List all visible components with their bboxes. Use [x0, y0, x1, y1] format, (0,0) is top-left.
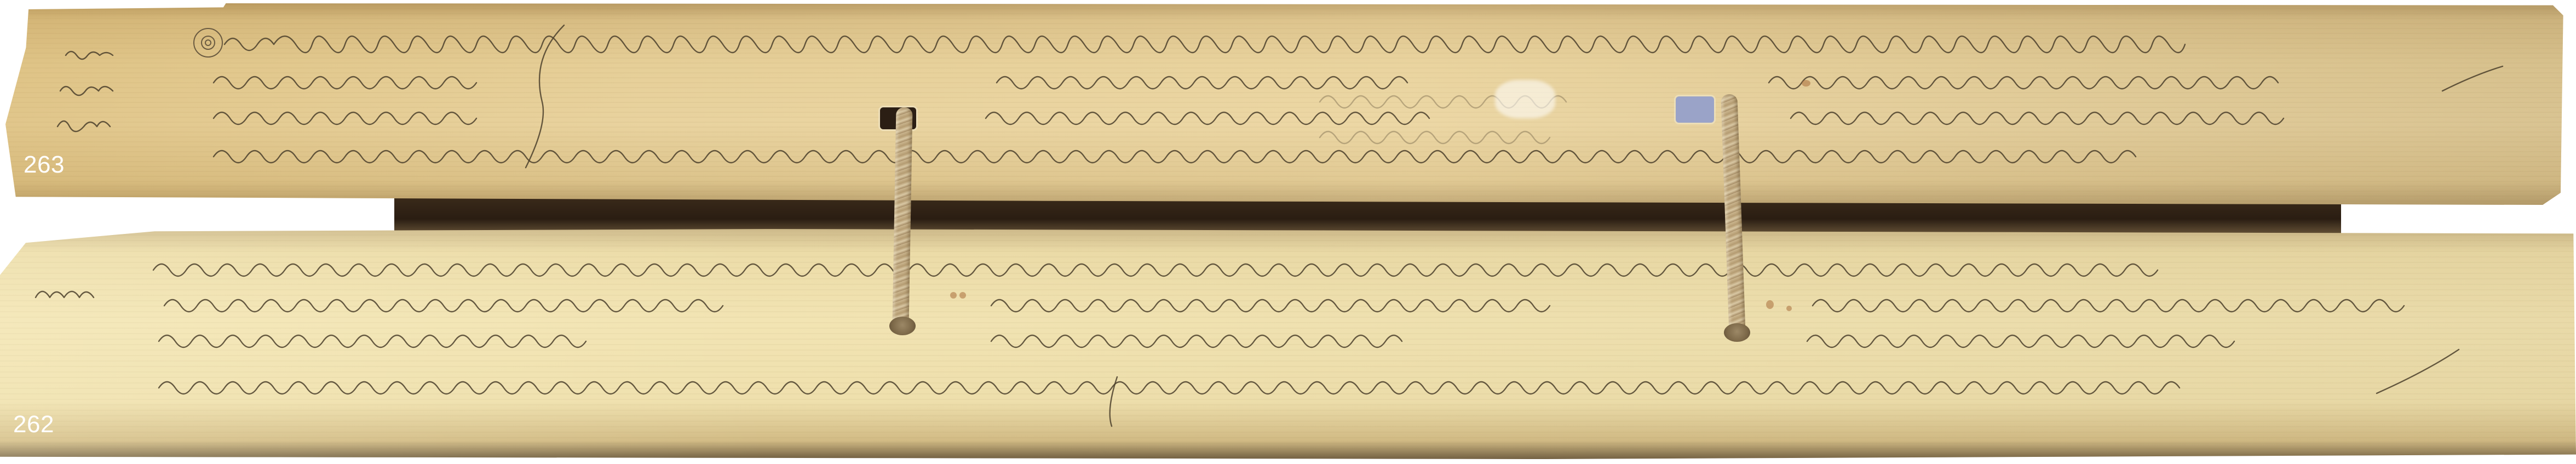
flower-ornament-icon [194, 28, 222, 57]
palm-leaf-folio-262: 262 [0, 229, 2576, 459]
folio-number-262: 262 [13, 413, 54, 437]
ink-stain [1802, 80, 1810, 87]
script-lines-folio-263 [5, 3, 2568, 205]
palm-leaf-folio-263: 263 [5, 3, 2568, 205]
ink-stain [959, 292, 966, 299]
ink-stain [950, 292, 957, 299]
cord-knot-left [889, 317, 916, 335]
ink-stain [1766, 300, 1774, 309]
script-lines-folio-262 [0, 229, 2576, 459]
surface-glare [1495, 80, 1555, 118]
folio-number-263: 263 [24, 153, 65, 177]
ink-stain [1786, 306, 1792, 311]
cord-knot-right [1724, 323, 1750, 342]
manuscript-photo: 263 262 [0, 0, 2576, 464]
binding-hole-right [1676, 96, 1714, 123]
